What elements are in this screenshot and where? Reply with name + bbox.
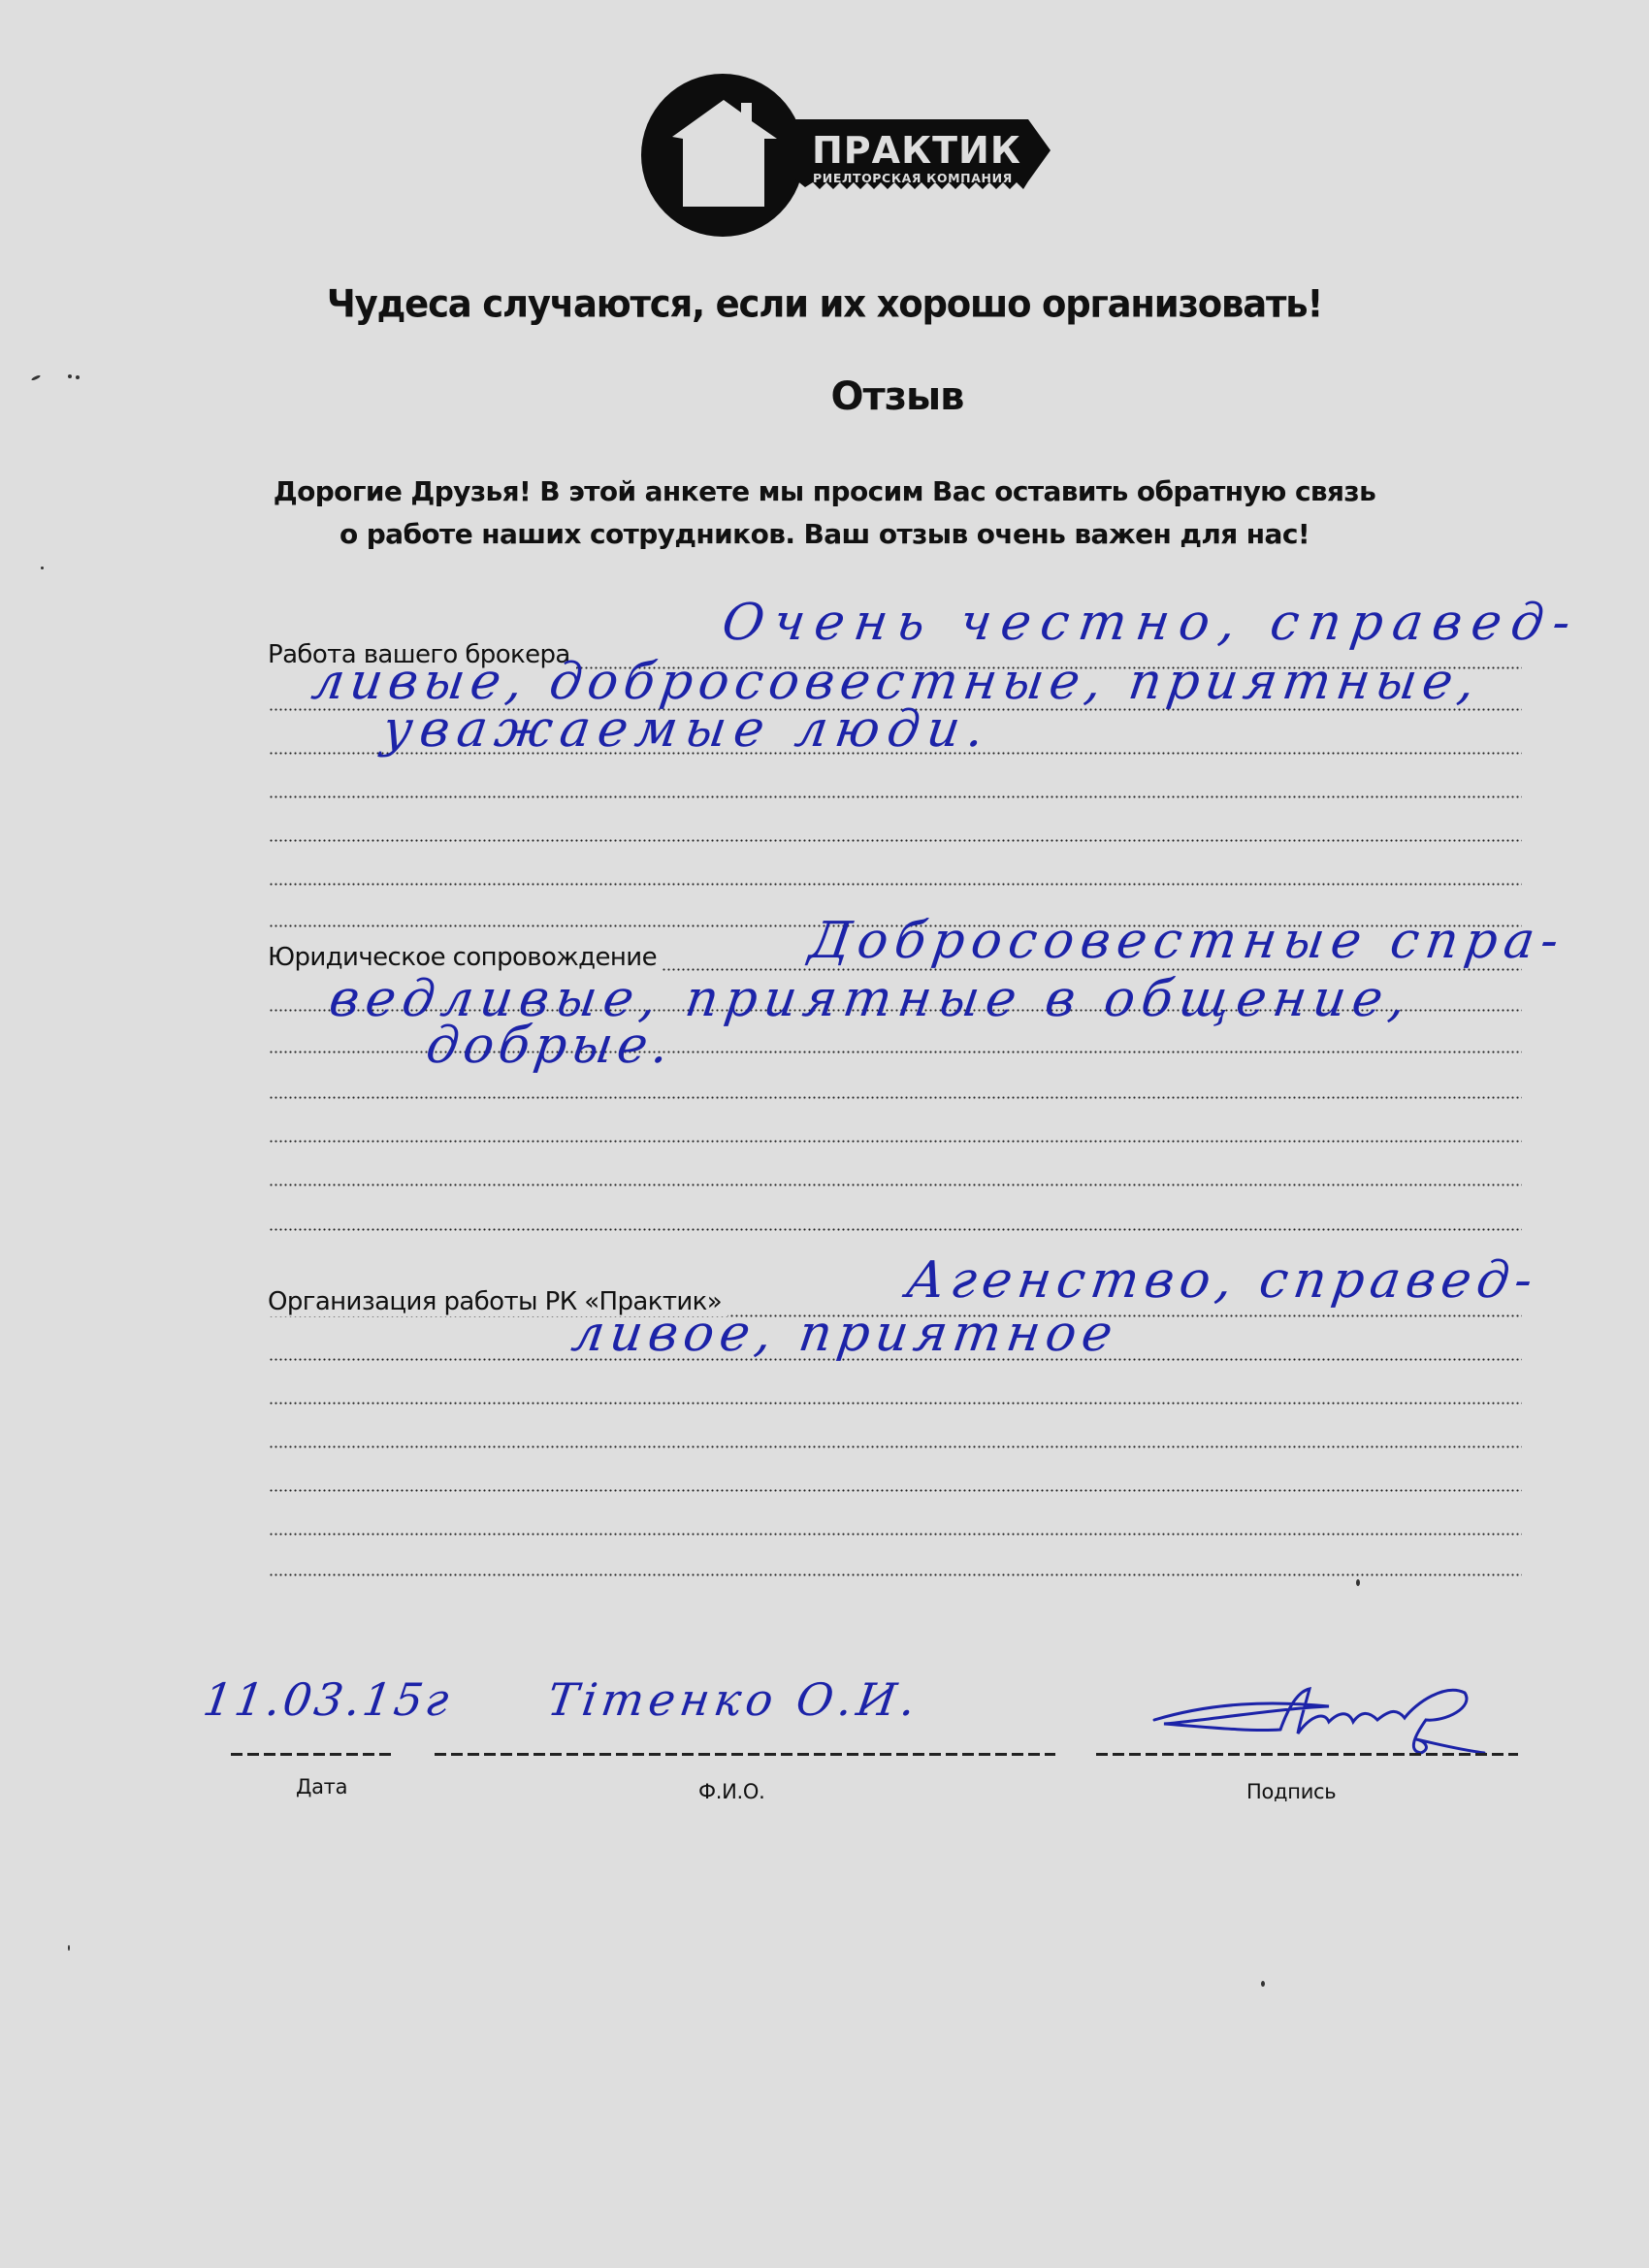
answer-broker-line-1[interactable]: Очень честно, справед- — [719, 594, 1584, 652]
answer-broker-line-3[interactable]: уважаемые люди. — [379, 700, 995, 759]
dotted-line — [269, 795, 1522, 798]
scan-speck — [68, 1945, 70, 1951]
dotted-line — [269, 839, 1522, 842]
intro-line-2: о работе наших сотрудников. Ваш отзыв оч… — [0, 513, 1649, 556]
scan-speck — [1356, 1579, 1360, 1586]
page-title: Отзыв — [0, 374, 1649, 419]
dotted-line — [269, 1489, 1522, 1492]
date-dashed-line — [231, 1753, 396, 1756]
scan-speck — [76, 375, 80, 379]
signature-dashed-line — [1096, 1753, 1518, 1756]
intro-line-1: Дорогие Друзья! В этой анкете мы просим … — [0, 470, 1649, 513]
answer-organization-line-2[interactable]: ливое, приятное — [568, 1305, 1122, 1363]
answer-legal-line-3[interactable]: добрые. — [423, 1017, 677, 1075]
dotted-line — [269, 1573, 1522, 1576]
field-label-legal: Юридическое сопровождение — [268, 943, 663, 972]
dotted-line — [269, 1228, 1522, 1231]
answer-legal-line-1[interactable]: Добросовестные спра- — [806, 912, 1569, 970]
slogan: Чудеса случаются, если их хорошо организ… — [0, 282, 1649, 326]
dotted-line — [269, 1183, 1522, 1186]
dotted-line — [269, 1533, 1522, 1536]
answer-organization-line-1[interactable]: Агенство, справед- — [903, 1251, 1542, 1310]
dotted-line — [269, 1445, 1522, 1448]
dotted-line — [269, 1402, 1522, 1405]
name-caption: Ф.И.О. — [698, 1780, 765, 1803]
date-value[interactable]: 11.03.15г — [200, 1673, 455, 1726]
name-dashed-line — [435, 1753, 1055, 1756]
dotted-line — [269, 1140, 1522, 1143]
logo-name: ПРАКТИК — [812, 129, 1021, 172]
dotted-line — [269, 1096, 1522, 1099]
scan-speck — [41, 567, 44, 569]
name-value[interactable]: Тітенко О.И. — [544, 1673, 923, 1726]
intro-text: Дорогие Друзья! В этой анкете мы просим … — [0, 470, 1649, 556]
date-caption: Дата — [296, 1775, 347, 1798]
dotted-line — [269, 883, 1522, 886]
scan-speck — [68, 374, 72, 378]
logo-subtitle: РИЕЛТОРСКАЯ КОМПАНИЯ — [813, 171, 1013, 185]
signature-caption: Подпись — [1246, 1780, 1336, 1803]
signature-mark[interactable] — [1135, 1664, 1523, 1780]
praktik-logo: ПРАКТИК РИЕЛТОРСКАЯ КОМПАНИЯ — [640, 73, 1057, 238]
scan-speck — [1261, 1981, 1265, 1987]
